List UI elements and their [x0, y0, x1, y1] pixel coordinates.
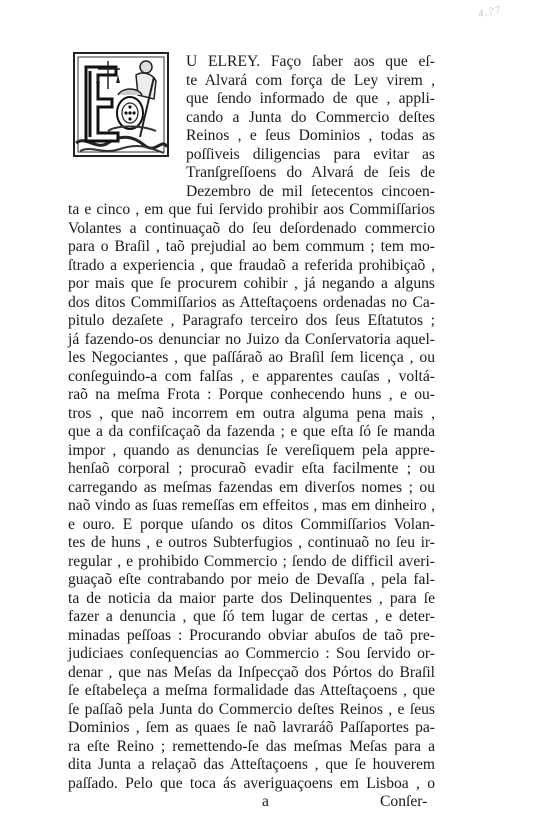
signature-mark: a: [262, 793, 269, 811]
text-line: judiciaes conſequencias ao Commercio : S…: [68, 645, 435, 663]
text-line: te Alvará com força de Ley virem ,: [186, 72, 435, 90]
text-line: ta e cinco , em que fui ſervido prohibir…: [68, 201, 435, 219]
text-line: les Negociantes , que paſſáraõ ao Braſil…: [68, 349, 435, 367]
text-line: já fazendo-os denunciar no Juizo da Conſ…: [68, 331, 435, 349]
catchword: Conſer-: [380, 793, 427, 811]
text-line: denar , que nas Meſas da Inſpecçaõ dos P…: [68, 664, 435, 682]
text-line: carregando as meſmas fazendas em diverſo…: [68, 479, 435, 497]
text-line: pitulo dezaſete , Paragrafo terceiro dos…: [68, 312, 435, 330]
text-line: que ſendo informado de que , appli-: [186, 90, 435, 108]
text-line: guaçaõ eſte contrabando por meio de Deva…: [68, 571, 435, 589]
text-line: ſe paſſaõ pela Junta do Commercio deſtes…: [68, 701, 435, 719]
text-line: por mais que ſe procurem cohibir , já ne…: [68, 275, 435, 293]
text-line: regular , e prohibido Commercio ; ſendo …: [68, 553, 435, 571]
text-line: ra eſte Reino ; remettendo-ſe das meſmas…: [68, 738, 435, 756]
text-line: Dominios , ſem as quaes ſe naõ lavraráõ …: [68, 719, 435, 737]
text-line: ſe eſtabeleça a meſma formalidade das At…: [68, 682, 435, 700]
text-line: tes de huns , e outros Subterfugios , co…: [68, 534, 435, 552]
text-line: que a da confiſcaçaõ da fazenda ; e que …: [68, 423, 435, 441]
text-line: Tranſgreſſoens do Alvará de ſeis de: [186, 164, 435, 182]
text-line: Dezembro de mil ſetecentos cincoen-: [186, 183, 435, 201]
text-line: dita Junta a relaçaõ das Atteſtaçoens , …: [68, 756, 435, 774]
text-line: U ELREY. Faço ſaber aos que eſ-: [186, 53, 435, 71]
text-line: minadas peſſoas : Procurando obviar abuſ…: [68, 627, 435, 645]
text-line: Volantes a continuaçaõ do ſeu deſordenad…: [68, 220, 435, 238]
text-line: raõ na meſma Frota : Porque conhecendo h…: [68, 386, 435, 404]
text-line: henſaõ corporal ; procuraõ evadir eſta f…: [68, 460, 435, 478]
text-line: para o Braſil , taõ prejudial ao bem com…: [68, 238, 435, 256]
text-line: cando a Junta do Commercio deſtes: [186, 109, 435, 127]
text-line: tros , que naõ incorrem em outra alguma …: [68, 405, 435, 423]
text-line: impor , quando as denuncias ſe vereſique…: [68, 442, 435, 460]
decorated-initial-e-icon: [72, 51, 170, 158]
text-line: fazer a denuncia , que ſó tem lugar de c…: [68, 608, 435, 626]
page-corner-mark: 4.??: [477, 4, 502, 21]
text-line: dos ditos Commiſſarios as Atteſtaçoens o…: [68, 294, 435, 312]
text-line: ta de noticia da maior parte dos Delinqu…: [68, 590, 435, 608]
text-line: conſeguindo-a com falſas , e apparentes …: [68, 368, 435, 386]
text-line: Reinos , e ſeus Dominios , todas as: [186, 127, 435, 145]
text-line: poſſiveis diligencias para evitar as: [186, 146, 435, 164]
text-line: e ouro. E porque uſando os ditos Commiſſ…: [68, 516, 435, 534]
text-line: ſtrado a experiencia , que fraudaõ a ref…: [68, 257, 435, 275]
text-line: naõ vindo as ſuas remeſſas em effeitos ,…: [68, 497, 435, 515]
text-line: paſſado. Pelo que toca ás averiguaçoens …: [68, 775, 435, 793]
